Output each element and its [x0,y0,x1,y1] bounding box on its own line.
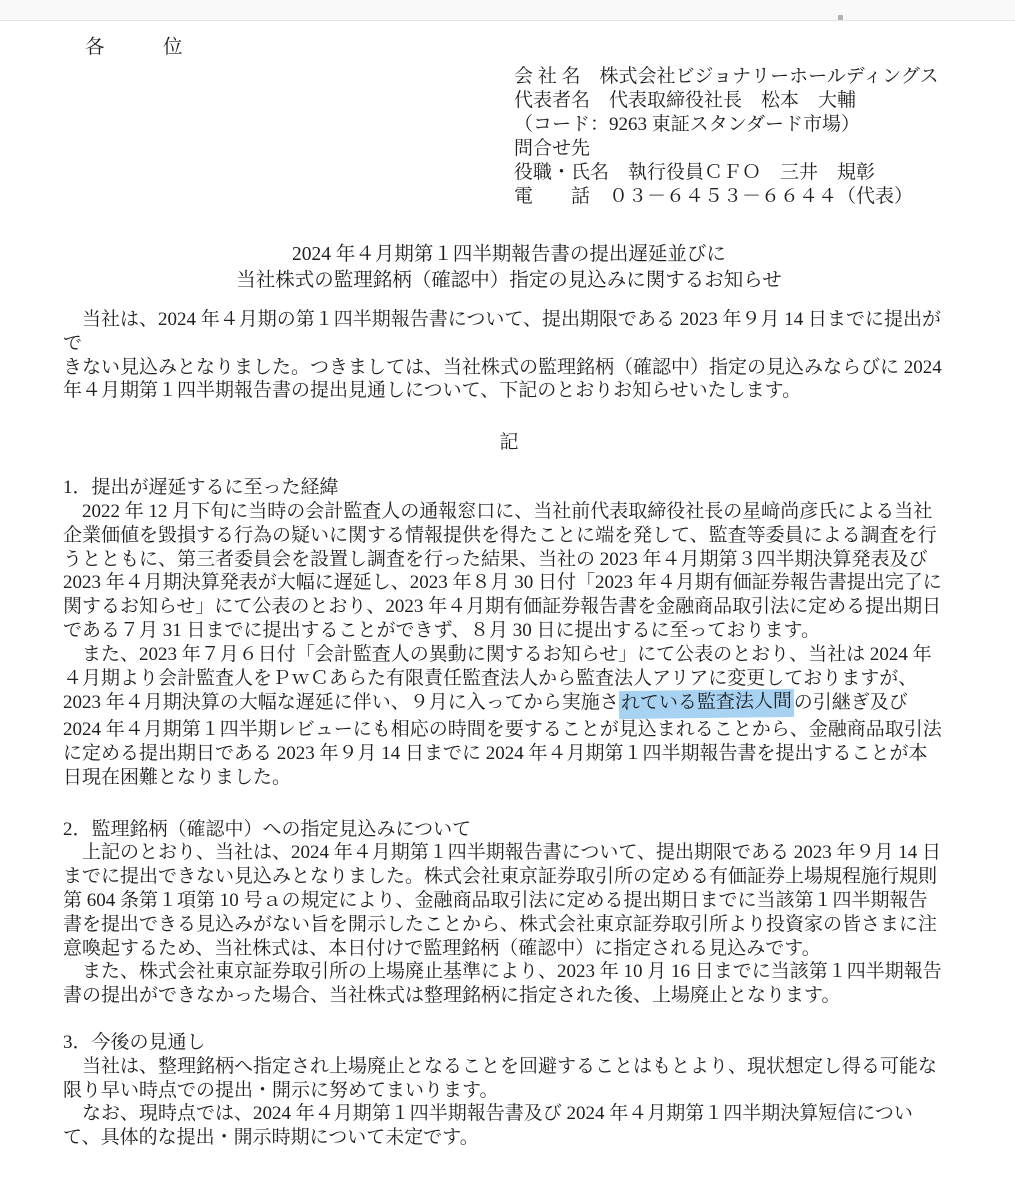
section-2-heading: 2．監理銘柄（確認中）への指定見込みについて [63,818,955,842]
representative-line: 代表者名 代表取締役社長 松本 大輔 [514,89,955,113]
section-1-paragraph-1: 2022 年 12 月下旬に当時の会計監査人の通報窓口に、当社前代表取締役社長の… [63,500,955,643]
section-2-paragraph-2: また、株式会社東京証券取引所の上場廃止基準により、2023 年 10 月 16 … [63,960,955,1008]
record-mark: 記 [63,431,955,455]
page-top-strip [0,0,1015,21]
contact-label-line: 問合せ先 [514,137,955,161]
document-title: 2024 年４月期第１四半期報告書の提出遅延並びに 当社株式の監理銘柄（確認中）… [63,242,955,294]
company-header-block: 会 社 名 株式会社ビジョナリーホールディングス 代表者名 代表取締役社長 松本… [514,65,955,209]
section-3-paragraph-1: 当社は、整理銘柄へ指定され上場廃止となることを回避することはもとより、現状想定し… [63,1055,955,1150]
company-name-line: 会 社 名 株式会社ビジョナリーホールディングス [514,65,955,89]
section-3-heading: 3．今後の見通し [63,1031,955,1055]
intro-paragraph: 当社は、2024 年４月期の第１四半期報告書について、提出期限である 2023 … [63,308,955,403]
highlighted-text: れている監査法人間 [619,689,794,719]
title-line-2: 当社株式の監理銘柄（確認中）指定の見込みに関するお知らせ [63,268,955,294]
title-line-1: 2024 年４月期第１四半期報告書の提出遅延並びに [63,242,955,268]
section-2: 2．監理銘柄（確認中）への指定見込みについて 上記のとおり、当社は、2024 年… [63,818,955,1008]
stock-code-line: （コード：9263 東証スタンダード市場） [514,113,955,137]
section-3: 3．今後の見通し 当社は、整理銘柄へ指定され上場廃止となることを回避することはも… [63,1031,955,1150]
document-page: 各 位 会 社 名 株式会社ビジョナリーホールディングス 代表者名 代表取締役社… [0,36,1015,1150]
recipient-line: 各 位 [63,36,955,60]
section-2-paragraph-1: 上記のとおり、当社は、2024 年４月期第１四半期報告書について、提出期限である… [63,841,955,960]
phone-line: 電 話 ０３－６４５３－６６４４（代表） [514,185,955,209]
scrollbar-artifact [838,15,843,20]
section-1-paragraph-2: また、2023 年７月６日付「会計監査人の異動に関するお知らせ」にて公表のとおり… [63,643,955,790]
section-1: 1．提出が遅延するに至った経緯 2022 年 12 月下旬に当時の会計監査人の通… [63,476,955,789]
section-1-heading: 1．提出が遅延するに至った経緯 [63,476,955,500]
officer-name-line: 役職・氏名 執行役員ＣＦＯ 三井 規彰 [514,161,955,185]
